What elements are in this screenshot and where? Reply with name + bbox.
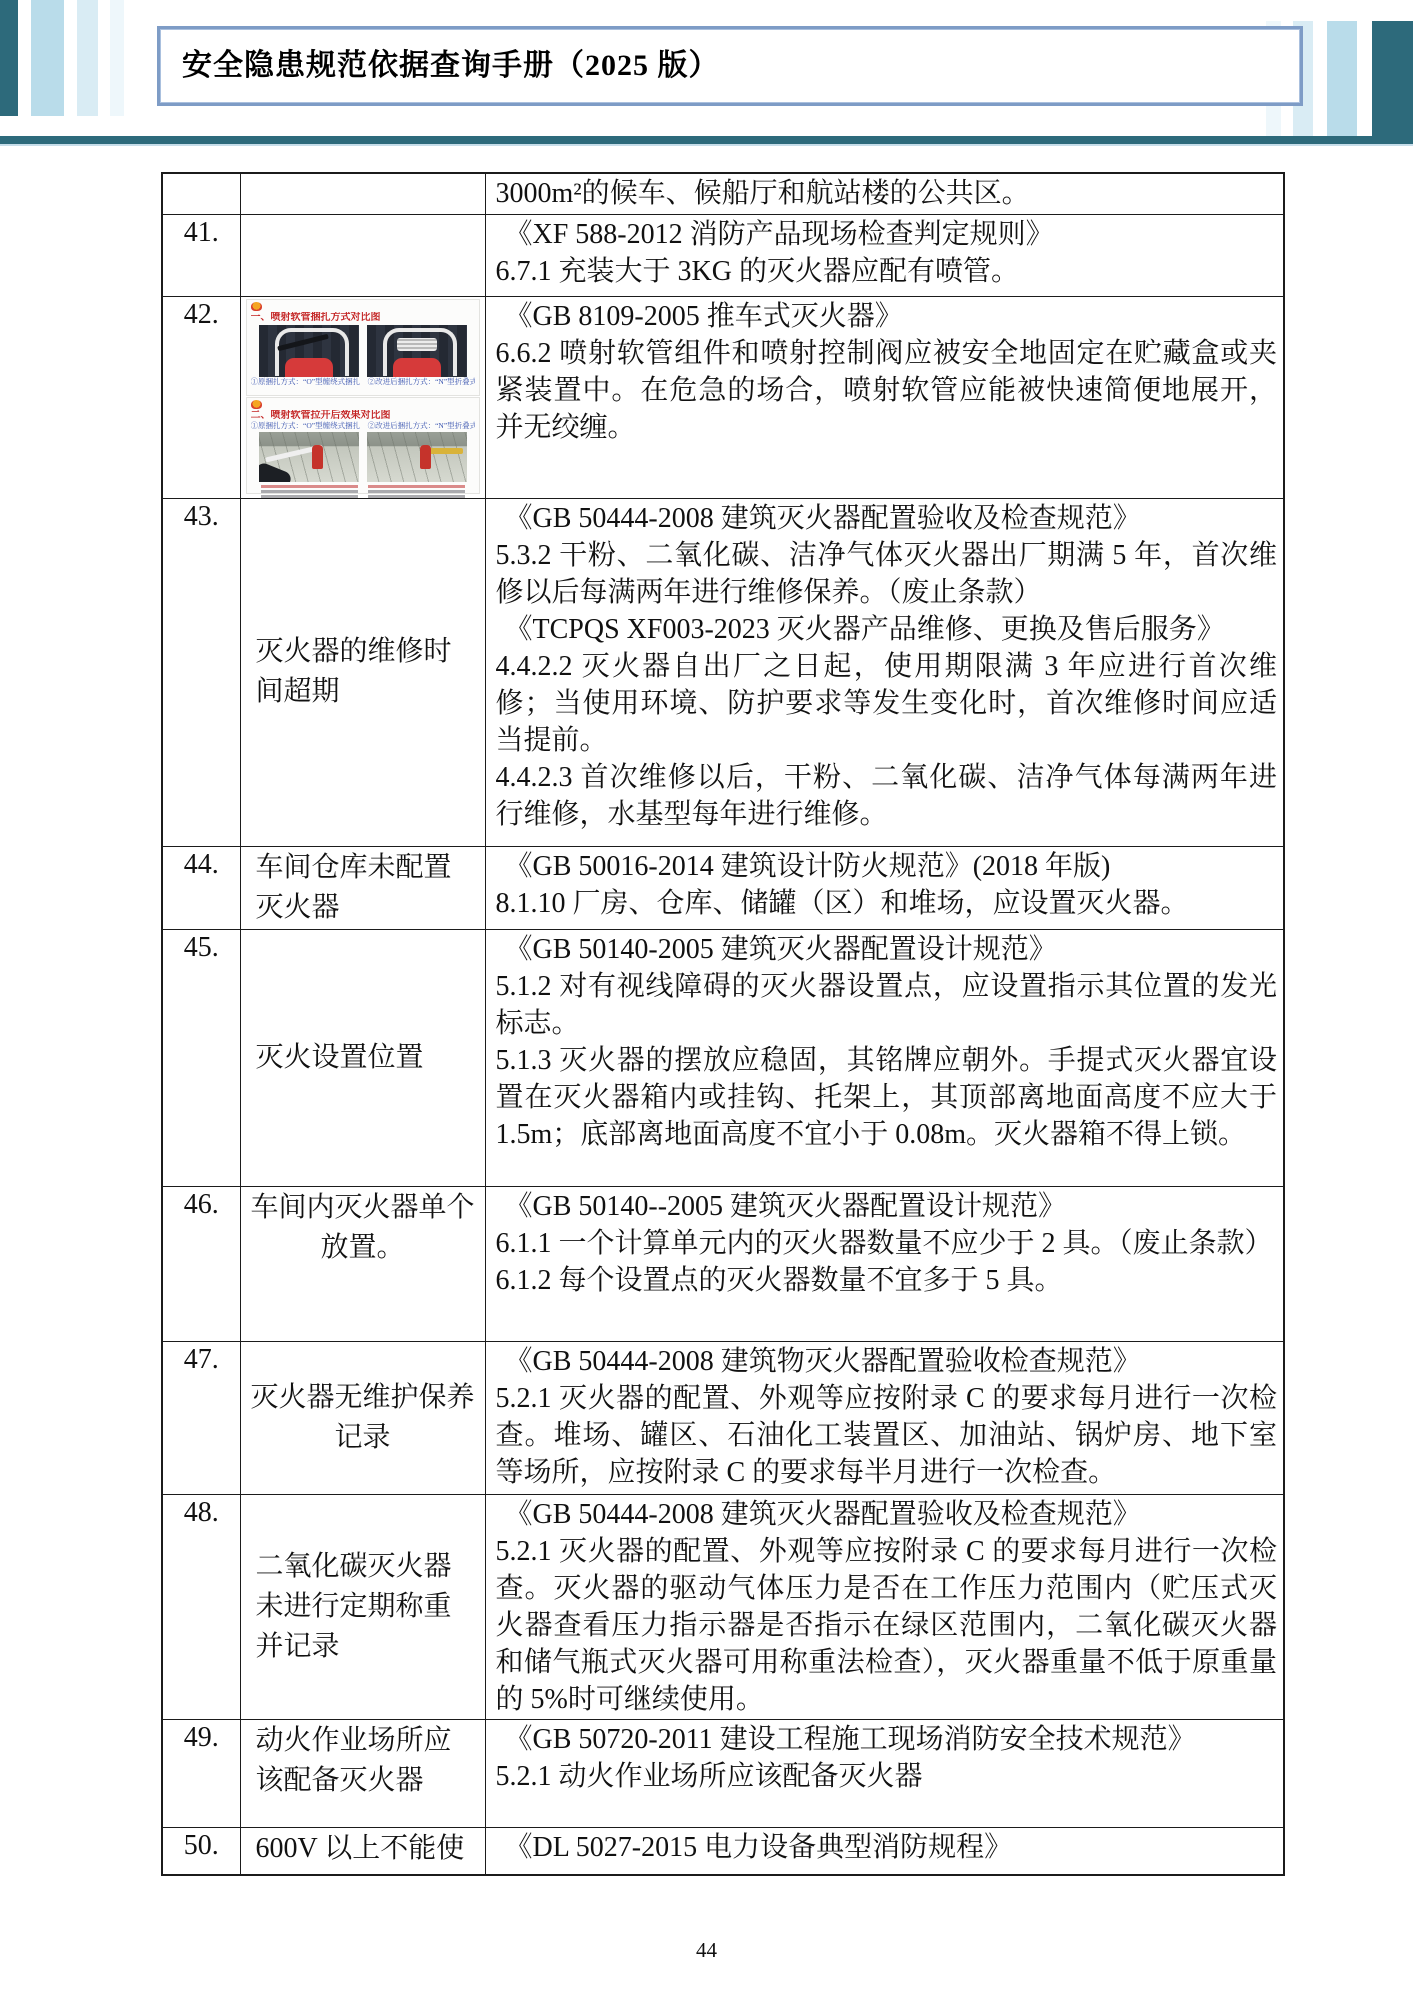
table-row: 43.灭火器的维修时间超期《GB 50444-2008 建筑灭火器配置验收及检查… [162, 498, 1284, 846]
table-row: 3000m²的候车、候船厅和航站楼的公共区。 [162, 173, 1284, 214]
header-divider-rule [0, 136, 1413, 146]
caption-line [261, 485, 358, 488]
basis-paragraph: 4.4.2.2 灭火器自出厂之日起，使用期限满 3 年应进行首次维修；当使用环境… [496, 648, 1278, 759]
basis-paragraph: 《TCPQS XF003-2023 灭火器产品维修、更换及售后服务》 [496, 611, 1278, 648]
basis-cell: 《GB 50444-2008 建筑灭火器配置验收及检查规范》5.3.2 干粉、二… [485, 498, 1284, 846]
issue-text: 车间内灭火器单个放置。 [242, 1188, 484, 1268]
basis-cell: 《DL 5027-2015 电力设备典型消防规程》 [485, 1827, 1284, 1875]
basis-paragraph: 6.6.2 喷射软管组件和喷射控制阀应被安全地固定在贮藏盒或夹紧装置中。在危急的… [496, 335, 1278, 446]
basis-paragraph: 《GB 8109-2005 推车式灭火器》 [496, 298, 1278, 335]
issue-text: 600V 以上不能使 [242, 1829, 484, 1869]
table-row: 42.一、喷射软管捆扎方式对比图①原捆扎方式：“O”型缠绕式捆扎 ②改进后捆扎方… [162, 296, 1284, 498]
photo-pair [251, 432, 475, 482]
basis-paragraph: 6.7.1 充装大于 3KG 的灭火器应配有喷管。 [496, 253, 1278, 290]
issue-text: 灭火器的维修时间超期 [242, 632, 484, 712]
basis-paragraph: 《GB 50444-2008 建筑灭火器配置验收及检查规范》 [496, 500, 1278, 537]
person-in-red-shape [420, 445, 431, 469]
decor-bar-left-lighter [77, 0, 98, 116]
company-logo-icon [251, 400, 262, 409]
company-logo-icon [251, 302, 262, 311]
table-row: 50.600V 以上不能使《DL 5027-2015 电力设备典型消防规程》 [162, 1827, 1284, 1875]
page-title: 安全隐患规范依据查询手册（2025 版） [182, 40, 1300, 84]
basis-cell: 《GB 50140-2005 建筑灭火器配置设计规范》5.1.2 对有视线障碍的… [485, 929, 1284, 1186]
tiny-caption-block [261, 485, 358, 499]
issue-text: 车间仓库未配置灭火器 [242, 848, 484, 928]
issue-text: 二氧化碳灭火器未进行定期称重并记录 [242, 1547, 484, 1667]
basis-paragraph: 《DL 5027-2015 电力设备典型消防规程》 [496, 1829, 1278, 1866]
basis-paragraph: 6.1.2 每个设置点的灭火器数量不宜多于 5 具。 [496, 1262, 1278, 1299]
hose-deployment-demo-photo: 二、喷射软管拉开后效果对比图①原捆扎方式：“O”型缠绕式捆扎 ②改进后捆扎方式：… [247, 398, 479, 493]
slide-title: 一、喷射软管捆扎方式对比图 [251, 312, 475, 323]
issue-cell: 600V 以上不能使 [240, 1827, 485, 1875]
table-row: 49.动火作业场所应该配备灭火器《GB 50720-2011 建设工程施工现场消… [162, 1719, 1284, 1827]
tiny-caption-lines [261, 485, 465, 499]
row-number-cell: 45. [162, 929, 240, 1186]
caption-line [368, 495, 465, 498]
issue-cell: 一、喷射软管捆扎方式对比图①原捆扎方式：“O”型缠绕式捆扎 ②改进后捆扎方式：“… [240, 296, 485, 498]
nozzle-shape [259, 461, 293, 482]
slide-caption: ①原捆扎方式：“O”型缠绕式捆扎 ②改进后捆扎方式：“N”型折叠式捆扎 [251, 377, 475, 386]
row-number-cell: 47. [162, 1341, 240, 1494]
row-number-cell: 50. [162, 1827, 240, 1875]
coiled-hose-shape [397, 338, 437, 351]
basis-paragraph: 3000m²的候车、候船厅和航站楼的公共区。 [496, 175, 1278, 212]
row-number-cell: 41. [162, 214, 240, 296]
basis-paragraph: 《GB 50140-2005 建筑灭火器配置设计规范》 [496, 931, 1278, 968]
cart-extinguisher-photo [259, 325, 359, 377]
basis-paragraph: 《GB 50720-2011 建设工程施工现场消防安全技术规范》 [496, 1721, 1278, 1758]
basis-paragraph: 《GB 50016-2014 建筑设计防火规范》(2018 年版) [496, 848, 1278, 885]
basis-paragraph: 《GB 50444-2008 建筑物灭火器配置验收检查规范》 [496, 1343, 1278, 1380]
issue-cell: 灭火器的维修时间超期 [240, 498, 485, 846]
basis-paragraph: 5.1.2 对有视线障碍的灭火器设置点，应设置指示其位置的发光标志。 [496, 968, 1278, 1042]
caption-line [368, 485, 465, 488]
issue-cell [240, 173, 485, 214]
basis-cell: 《XF 588-2012 消防产品现场检查判定规则》6.7.1 充装大于 3KG… [485, 214, 1284, 296]
decor-bar-right-light [1327, 21, 1357, 137]
table-row: 47.灭火器无维护保养记录《GB 50444-2008 建筑物灭火器配置验收检查… [162, 1341, 1284, 1494]
basis-cell: 《GB 50444-2008 建筑物灭火器配置验收检查规范》5.2.1 灭火器的… [485, 1341, 1284, 1494]
issue-cell [240, 214, 485, 296]
row-number-cell: 48. [162, 1494, 240, 1719]
basis-paragraph: 6.1.1 一个计算单元内的灭火器数量不应少于 2 具。（废止条款） [496, 1225, 1278, 1262]
basis-cell: 《GB 50016-2014 建筑设计防火规范》(2018 年版)8.1.10 … [485, 846, 1284, 929]
decor-bar-left-palest [110, 0, 124, 116]
issue-cell: 灭火器无维护保养记录 [240, 1341, 485, 1494]
basis-paragraph: 5.2.1 动火作业场所应该配备灭火器 [496, 1758, 1278, 1795]
issue-text: 动火作业场所应该配备灭火器 [242, 1721, 484, 1801]
basis-paragraph: 《GB 50140--2005 建筑灭火器配置设计规范》 [496, 1188, 1278, 1225]
row-number-cell: 46. [162, 1186, 240, 1341]
basis-paragraph: 《GB 50444-2008 建筑灭火器配置验收及检查规范》 [496, 1496, 1278, 1533]
outdoor-demo-photo [259, 432, 359, 482]
table-row: 48.二氧化碳灭火器未进行定期称重并记录《GB 50444-2008 建筑灭火器… [162, 1494, 1284, 1719]
person-in-red-shape [312, 445, 323, 469]
issue-cell: 车间仓库未配置灭火器 [240, 846, 485, 929]
slide-title: 二、喷射软管拉开后效果对比图 [251, 410, 475, 421]
caption-line [368, 490, 465, 493]
issue-text: 灭火设置位置 [242, 1038, 484, 1078]
extinguisher-hose-binding-photo: 一、喷射软管捆扎方式对比图①原捆扎方式：“O”型缠绕式捆扎 ②改进后捆扎方式：“… [247, 300, 479, 395]
regulation-table: 3000m²的候车、候船厅和航站楼的公共区。41.《XF 588-2012 消防… [161, 172, 1285, 1876]
table-container: 3000m²的候车、候船厅和航站楼的公共区。41.《XF 588-2012 消防… [161, 172, 1283, 1876]
basis-cell: 《GB 50140--2005 建筑灭火器配置设计规范》6.1.1 一个计算单元… [485, 1186, 1284, 1341]
table-row: 44.车间仓库未配置灭火器《GB 50016-2014 建筑设计防火规范》(20… [162, 846, 1284, 929]
basis-cell: 3000m²的候车、候船厅和航站楼的公共区。 [485, 173, 1284, 214]
row-number-cell: 49. [162, 1719, 240, 1827]
basis-paragraph: 《XF 588-2012 消防产品现场检查判定规则》 [496, 216, 1278, 253]
slide-caption: ①原捆扎方式：“O”型缠绕式捆扎 ②改进后捆扎方式：“N”型折叠式捆扎 [251, 421, 475, 430]
caption-line [261, 490, 358, 493]
tiny-caption-block [368, 485, 465, 499]
cart-extinguisher-photo [367, 325, 467, 377]
issue-cell: 动火作业场所应该配备灭火器 [240, 1719, 485, 1827]
issue-text: 灭火器无维护保养记录 [242, 1378, 484, 1458]
basis-cell: 《GB 50720-2011 建设工程施工现场消防安全技术规范》5.2.1 动火… [485, 1719, 1284, 1827]
red-tank-shape [393, 358, 441, 377]
header-title-box: 安全隐患规范依据查询手册（2025 版） [157, 26, 1303, 106]
document-page: { "page": { "header": { "title": "安全隐患规范… [0, 0, 1413, 2000]
row-number-cell [162, 173, 240, 214]
decor-bar-left-light [31, 0, 64, 116]
basis-paragraph: 5.3.2 干粉、二氧化碳、洁净气体灭火器出厂期满 5 年，首次维修以后每满两年… [496, 537, 1278, 611]
issue-cell: 灭火设置位置 [240, 929, 485, 1186]
basis-paragraph: 8.1.10 厂房、仓库、储罐（区）和堆场，应设置灭火器。 [496, 885, 1278, 922]
decor-bar-left-dark [0, 0, 18, 116]
table-row: 45.灭火设置位置《GB 50140-2005 建筑灭火器配置设计规范》5.1.… [162, 929, 1284, 1186]
basis-paragraph: 5.2.1 灭火器的配置、外观等应按附录 C 的要求每月进行一次检查。堆场、罐区… [496, 1380, 1278, 1491]
issue-cell: 车间内灭火器单个放置。 [240, 1186, 485, 1341]
red-tank-shape [285, 358, 333, 377]
issue-cell: 二氧化碳灭火器未进行定期称重并记录 [240, 1494, 485, 1719]
row-number-cell: 42. [162, 296, 240, 498]
table-row: 41.《XF 588-2012 消防产品现场检查判定规则》6.7.1 充装大于 … [162, 214, 1284, 296]
regulation-table-body: 3000m²的候车、候船厅和航站楼的公共区。41.《XF 588-2012 消防… [162, 173, 1284, 1875]
table-row: 46.车间内灭火器单个放置。《GB 50140--2005 建筑灭火器配置设计规… [162, 1186, 1284, 1341]
row-number-cell: 43. [162, 498, 240, 846]
decor-bar-right-dark [1372, 21, 1413, 145]
outdoor-demo-photo [367, 432, 467, 482]
basis-cell: 《GB 8109-2005 推车式灭火器》6.6.2 喷射软管组件和喷射控制阀应… [485, 296, 1284, 498]
page-number: 44 [0, 1938, 1413, 1963]
caption-line [261, 495, 358, 498]
basis-cell: 《GB 50444-2008 建筑灭火器配置验收及检查规范》5.2.1 灭火器的… [485, 1494, 1284, 1719]
photo-pair [251, 325, 475, 377]
basis-paragraph: 4.4.2.3 首次维修以后，干粉、二氧化碳、洁净气体每满两年进行维修，水基型每… [496, 759, 1278, 833]
basis-paragraph: 5.1.3 灭火器的摆放应稳固，其铭牌应朝外。手提式灭火器宜设置在灭火器箱内或挂… [496, 1042, 1278, 1153]
row-number-cell: 44. [162, 846, 240, 929]
basis-paragraph: 5.2.1 灭火器的配置、外观等应按附录 C 的要求每月进行一次检查。灭火器的驱… [496, 1533, 1278, 1718]
